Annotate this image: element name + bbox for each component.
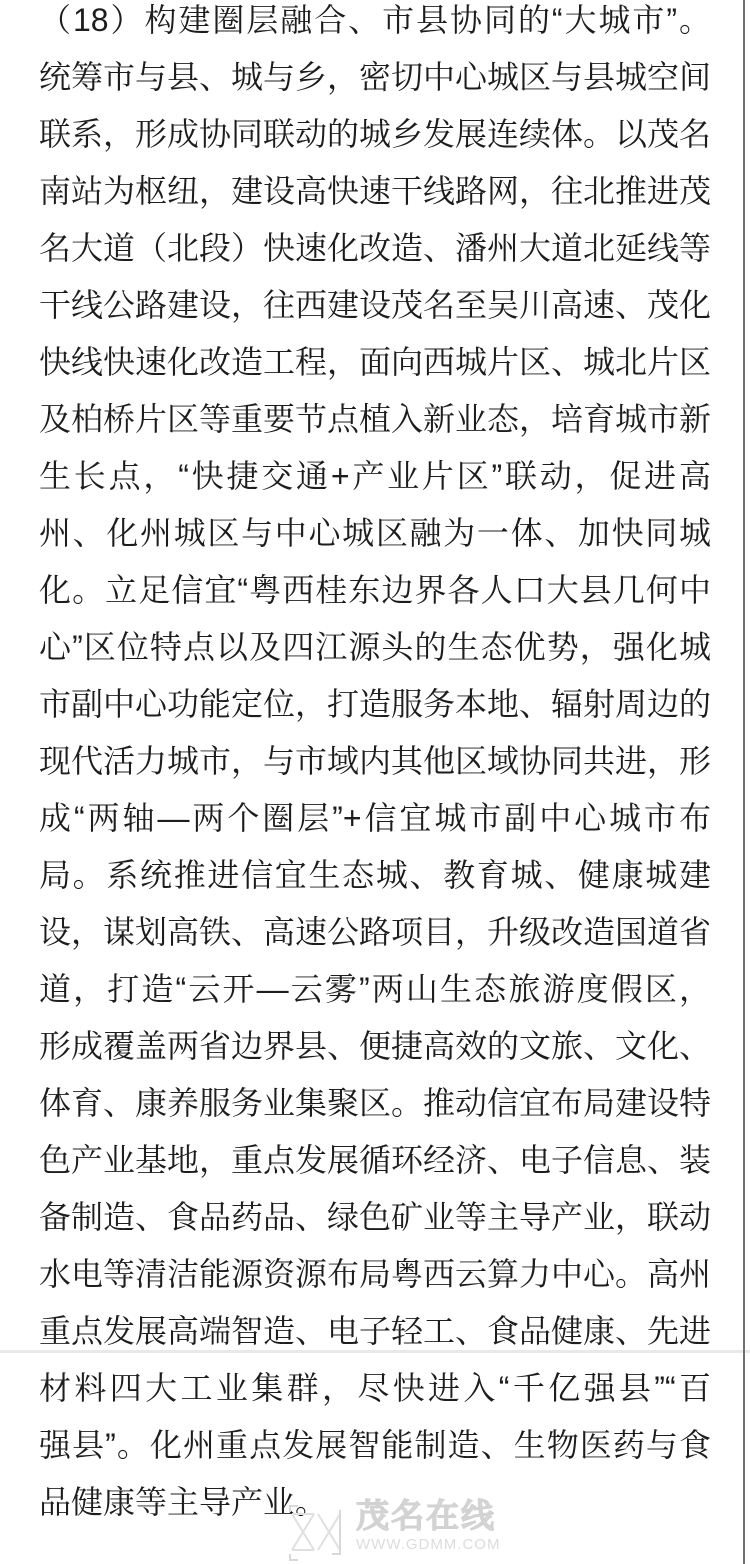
watermark-logo-icon bbox=[288, 1504, 346, 1562]
page-edge-line bbox=[743, 0, 745, 1564]
paragraph: （18）构建圈层融合、市县协同的“大城市”。统筹市与县、城与乡，密切中心城区与县… bbox=[39, 0, 711, 1531]
text-line: 材料四大工业集群，尽快进入“千亿强县”“百 bbox=[39, 1360, 711, 1417]
watermark: 茂名在线 WWW.GDMM.COM bbox=[288, 1496, 500, 1562]
text-line: 快线快速化改造工程，面向西城片区、城北片区 bbox=[39, 334, 711, 391]
text-line: 干线公路建设，往西建设茂名至吴川高速、茂化 bbox=[39, 277, 711, 334]
text-line: 化。立足信宜“粤西桂东边界各人口大县几何中 bbox=[39, 562, 711, 619]
text-line: 联系，形成协同联动的城乡发展连续体。以茂名 bbox=[39, 106, 711, 163]
document-page: （18）构建圈层融合、市县协同的“大城市”。统筹市与县、城与乡，密切中心城区与县… bbox=[0, 0, 750, 1564]
text-line: 市副中心功能定位，打造服务本地、辐射周边的 bbox=[39, 676, 711, 733]
watermark-texts: 茂名在线 WWW.GDMM.COM bbox=[356, 1496, 500, 1553]
text-line: 形成覆盖两省边界县、便捷高效的文旅、文化、 bbox=[39, 1018, 711, 1075]
text-line: 名大道（北段）快速化改造、潘州大道北延线等 bbox=[39, 220, 711, 277]
text-line: 现代活力城市，与市域内其他区域协同共进，形 bbox=[39, 733, 711, 790]
text-line: 统筹市与县、城与乡，密切中心城区与县城空间 bbox=[39, 49, 711, 106]
text-line: 设，谋划高铁、高速公路项目，升级改造国道省 bbox=[39, 904, 711, 961]
text-line: 色产业基地，重点发展循环经济、电子信息、装 bbox=[39, 1132, 711, 1189]
text-line: 南站为枢纽，建设高快速干线路网，往北推进茂 bbox=[39, 163, 711, 220]
text-line: 备制造、食品药品、绿色矿业等主导产业，联动 bbox=[39, 1189, 711, 1246]
text-line: 心”区位特点以及四江源头的生态优势，强化城 bbox=[39, 619, 711, 676]
text-line: 强县”。化州重点发展智能制造、生物医药与食 bbox=[39, 1417, 711, 1474]
text-line: 及柏桥片区等重要节点植入新业态，培育城市新 bbox=[39, 391, 711, 448]
text-line: 成“两轴—两个圈层”+信宜城市副中心城市布 bbox=[39, 790, 711, 847]
text-line: 道，打造“云开—云雾”两山生态旅游度假区， bbox=[39, 961, 711, 1018]
text-line: 体育、康养服务业集聚区。推动信宜布局建设特 bbox=[39, 1075, 711, 1132]
watermark-site-url: WWW.GDMM.COM bbox=[356, 1536, 500, 1553]
section-divider bbox=[0, 1350, 750, 1353]
text-line: 州、化州城区与中心城区融为一体、加快同城 bbox=[39, 505, 711, 562]
watermark-site-name: 茂名在线 bbox=[356, 1496, 500, 1536]
text-line: 水电等清洁能源资源布局粤西云算力中心。高州 bbox=[39, 1246, 711, 1303]
text-line: 生长点，“快捷交通+产业片区”联动，促进高 bbox=[39, 448, 711, 505]
text-line: 局。系统推进信宜生态城、教育城、健康城建 bbox=[39, 847, 711, 904]
text-line: （18）构建圈层融合、市县协同的“大城市”。 bbox=[39, 0, 711, 49]
